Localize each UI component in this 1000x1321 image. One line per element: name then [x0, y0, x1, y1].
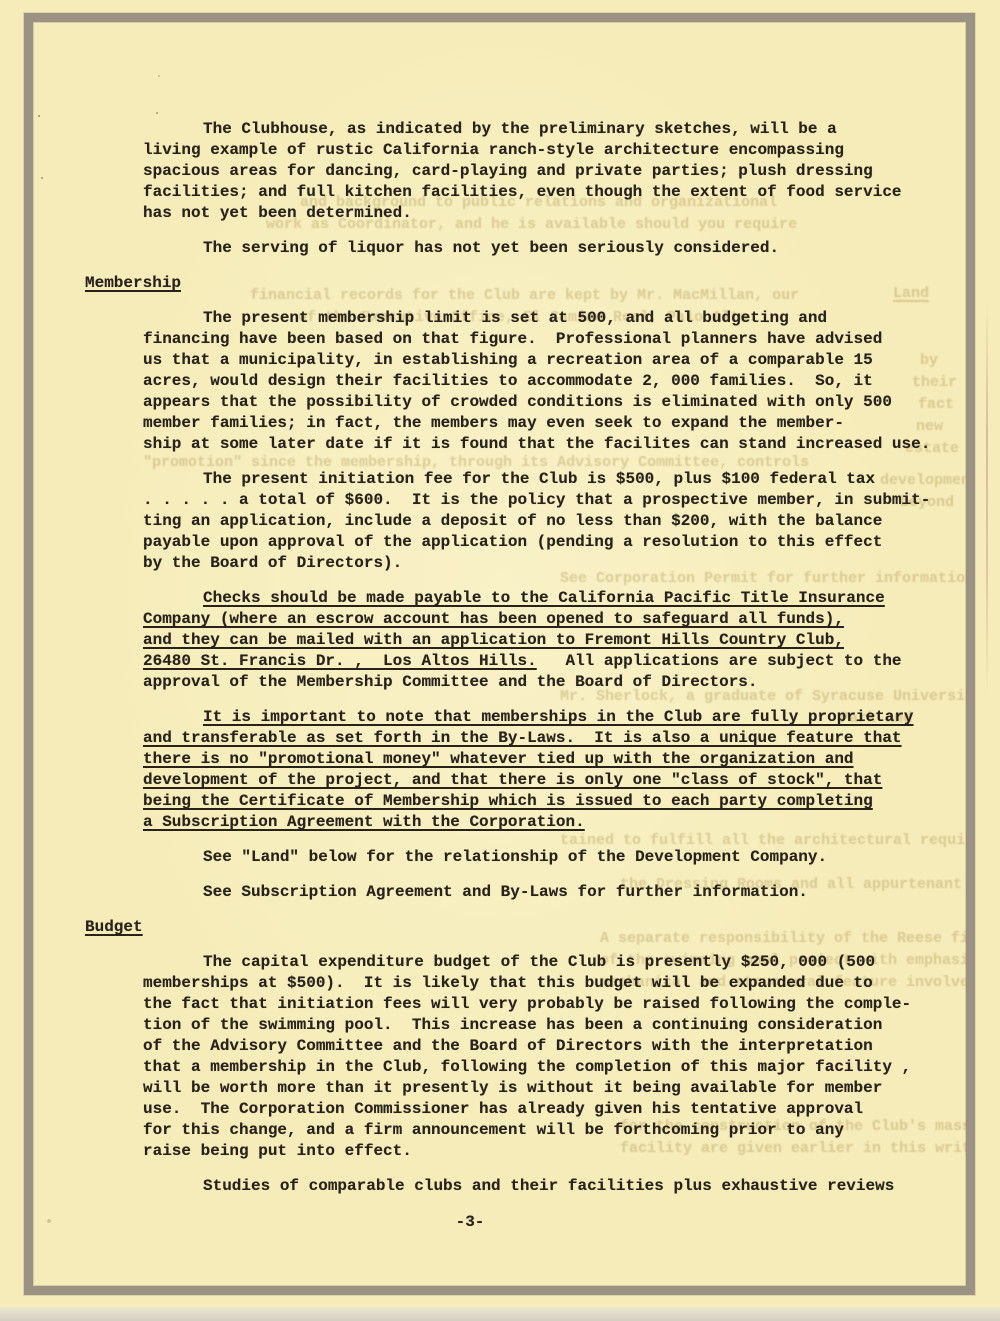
text-line: that a membership in the Club, following… — [143, 1057, 965, 1078]
text-segment: raise being put into effect. — [143, 1142, 412, 1160]
text-line: See Subscription Agreement and By-Laws f… — [143, 882, 965, 903]
text-line: member families; in fact, the members ma… — [143, 413, 965, 434]
text-line: spacious areas for dancing, card-playing… — [143, 161, 965, 182]
text-segment: The serving of liquor has not yet been s… — [203, 239, 779, 257]
text-segment: by the Board of Directors). — [143, 554, 402, 572]
text-segment: See Subscription Agreement and By-Laws f… — [203, 883, 808, 901]
text-line: memberships at $500). It is likely that … — [143, 973, 965, 994]
text-segment: approval of the Membership Committee and… — [143, 673, 758, 691]
text-line: by the Board of Directors). — [143, 553, 965, 574]
underlined-text: and they can be mailed with an applicati… — [143, 631, 844, 649]
text-segment: us that a municipality, in establishing … — [143, 351, 873, 369]
page-number: -3- — [125, 1212, 815, 1233]
text-segment: payable upon approval of the application… — [143, 533, 882, 551]
text-segment: acres, would design their facilities to … — [143, 372, 873, 390]
text-line: facilities; and full kitchen facilities,… — [143, 182, 965, 203]
underlined-text: being the Certificate of Membership whic… — [143, 792, 873, 810]
paragraph: It is important to note that memberships… — [143, 707, 965, 833]
text-line: development of the project, and that the… — [143, 770, 965, 791]
text-line: being the Certificate of Membership whic… — [143, 791, 965, 812]
text-segment: The present initiation fee for the Club … — [203, 470, 875, 488]
underlined-text: and transferable as set forth in the By-… — [143, 729, 902, 747]
text-segment: All applications are subject to the — [537, 652, 902, 670]
scanned-page: and background to public relations and o… — [0, 0, 1000, 1321]
text-segment: living example of rustic California ranc… — [143, 141, 844, 159]
text-line: appears that the possibility of crowded … — [143, 392, 965, 413]
text-segment: appears that the possibility of crowded … — [143, 393, 892, 411]
text-line: See "Land" below for the relationship of… — [143, 847, 965, 868]
underlined-text: Checks should be made payable to the Cal… — [203, 589, 885, 607]
text-line: acres, would design their facilities to … — [143, 371, 965, 392]
underlined-text: Company (where an escrow account has bee… — [143, 610, 844, 628]
text-segment: the fact that initiation fees will very … — [143, 995, 911, 1013]
text-line: Studies of comparable clubs and their fa… — [143, 1176, 965, 1197]
underlined-text: 26480 St. Francis Dr. , Los Altos Hills. — [143, 652, 537, 670]
text-line: 26480 St. Francis Dr. , Los Altos Hills.… — [143, 651, 965, 672]
text-segment: for this change, and a firm announcement… — [143, 1121, 844, 1139]
text-line: of the Advisory Committee and the Board … — [143, 1036, 965, 1057]
text-line: has not yet been determined. — [143, 203, 965, 224]
text-segment: will be worth more than it presently is … — [143, 1079, 882, 1097]
paragraph: The present initiation fee for the Club … — [143, 469, 965, 574]
text-segment: The present membership limit is set at 5… — [203, 309, 827, 327]
text-line: Company (where an escrow account has bee… — [143, 609, 965, 630]
section-heading-text: Membership — [85, 274, 181, 292]
text-segment: tion of the swimming pool. This increase… — [143, 1016, 882, 1034]
text-segment: See "Land" below for the relationship of… — [203, 848, 827, 866]
text-line: use. The Corporation Commissioner has al… — [143, 1099, 965, 1120]
text-line: and they can be mailed with an applicati… — [143, 630, 965, 651]
underlined-text: a Subscription Agreement with the Corpor… — [143, 813, 585, 831]
text-line: raise being put into effect. — [143, 1141, 965, 1162]
text-line: ting an application, include a deposit o… — [143, 511, 965, 532]
text-line: The present initiation fee for the Club … — [143, 469, 965, 490]
text-segment: member families; in fact, the members ma… — [143, 414, 844, 432]
section-heading-budget: Budget — [85, 917, 965, 938]
text-segment: The Clubhouse, as indicated by the preli… — [203, 120, 837, 138]
section-heading-membership: Membership — [85, 273, 965, 294]
paragraph: Checks should be made payable to the Cal… — [143, 588, 965, 693]
text-line: The serving of liquor has not yet been s… — [143, 238, 965, 259]
paragraph: Studies of comparable clubs and their fa… — [143, 1176, 965, 1197]
text-line: The capital expenditure budget of the Cl… — [143, 952, 965, 973]
text-segment: spacious areas for dancing, card-playing… — [143, 162, 873, 180]
text-segment: has not yet been determined. — [143, 204, 412, 222]
text-line: us that a municipality, in establishing … — [143, 350, 965, 371]
text-line: It is important to note that memberships… — [143, 707, 965, 728]
text-line: ship at some later date if it is found t… — [143, 434, 965, 455]
text-segment: ting an application, include a deposit o… — [143, 512, 882, 530]
underlined-text: there is no "promotional money" whatever… — [143, 750, 854, 768]
underlined-text: It is important to note that memberships… — [203, 708, 914, 726]
text-segment: memberships at $500). It is likely that … — [143, 974, 873, 992]
paragraph: See Subscription Agreement and By-Laws f… — [143, 882, 965, 903]
text-line: The Clubhouse, as indicated by the preli… — [143, 119, 965, 140]
document-body: The Clubhouse, as indicated by the preli… — [85, 119, 965, 1211]
text-segment: The capital expenditure budget of the Cl… — [203, 953, 875, 971]
paragraph: The capital expenditure budget of the Cl… — [143, 952, 965, 1162]
scan-scratch-artifact — [986, 300, 988, 700]
text-line: a Subscription Agreement with the Corpor… — [143, 812, 965, 833]
text-line: The present membership limit is set at 5… — [143, 308, 965, 329]
underlined-text: development of the project, and that the… — [143, 771, 882, 789]
text-line: approval of the Membership Committee and… — [143, 672, 965, 693]
text-line: tion of the swimming pool. This increase… — [143, 1015, 965, 1036]
text-line: the fact that initiation fees will very … — [143, 994, 965, 1015]
text-line: living example of rustic California ranc… — [143, 140, 965, 161]
text-segment: Studies of comparable clubs and their fa… — [203, 1177, 894, 1195]
text-segment: use. The Corporation Commissioner has al… — [143, 1100, 863, 1118]
text-line: there is no "promotional money" whatever… — [143, 749, 965, 770]
text-line: for this change, and a firm announcement… — [143, 1120, 965, 1141]
paragraph: The Clubhouse, as indicated by the preli… — [143, 119, 965, 224]
text-line: Checks should be made payable to the Cal… — [143, 588, 965, 609]
paper-specks — [38, 115, 40, 117]
paragraph: The serving of liquor has not yet been s… — [143, 238, 965, 259]
text-line: . . . . . a total of $600. It is the pol… — [143, 490, 965, 511]
text-segment: of the Advisory Committee and the Board … — [143, 1037, 873, 1055]
section-heading-text: Budget — [85, 918, 143, 936]
text-segment: financing have been based on that figure… — [143, 330, 882, 348]
paragraph: The present membership limit is set at 5… — [143, 308, 965, 455]
text-segment: that a membership in the Club, following… — [143, 1058, 911, 1076]
text-line: payable upon approval of the application… — [143, 532, 965, 553]
text-segment: facilities; and full kitchen facilities,… — [143, 183, 902, 201]
text-line: financing have been based on that figure… — [143, 329, 965, 350]
paragraph: See "Land" below for the relationship of… — [143, 847, 965, 868]
text-line: will be worth more than it presently is … — [143, 1078, 965, 1099]
text-line: and transferable as set forth in the By-… — [143, 728, 965, 749]
text-segment: ship at some later date if it is found t… — [143, 435, 930, 453]
scan-edge-artifact — [0, 1307, 1000, 1321]
text-segment: . . . . . a total of $600. It is the pol… — [143, 491, 930, 509]
